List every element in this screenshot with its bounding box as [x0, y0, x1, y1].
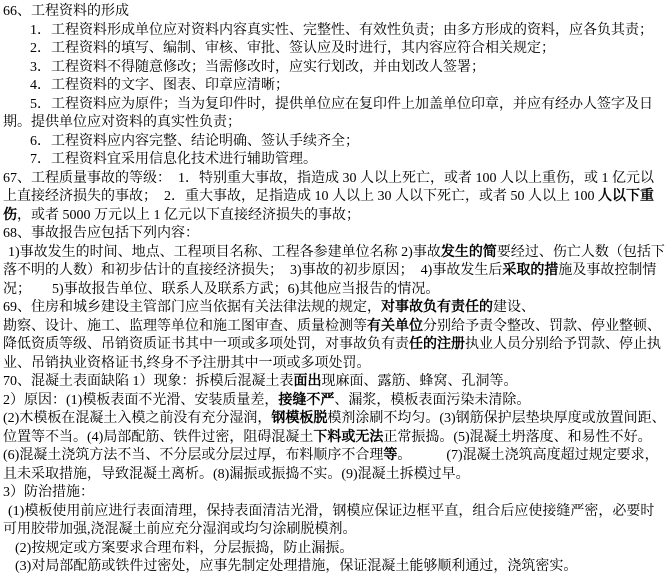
text-run: 67、工程质量事故的等级： 1．特别重大事故，指造成 30 人以上死亡，或者 1…	[3, 171, 654, 205]
paragraph: 3）防治措施：	[3, 484, 667, 503]
paragraph: 1．工程资料形成单位应对资料内容真实性、完整性、有效性负责；由多方形成的资料，应…	[3, 22, 667, 41]
text-run: 勘察、设计、施工、监理等单位和施工图审查、质量检测等	[3, 319, 367, 334]
bold-text-run: 有关单位	[367, 319, 423, 334]
text-run: 6．工程资料应内容完整、结论明确、签认手续齐全；	[30, 134, 359, 149]
text-run: 2．工程资料的填写、编制、审核、审批、签认应及时进行，其内容应符合相关规定；	[30, 41, 555, 56]
paragraph: 2．工程资料的填写、编制、审核、审批、签认应及时进行，其内容应符合相关规定；	[3, 40, 667, 59]
paragraph: 1)事故发生的时间、地点、工程项目名称、工程各参建单位名称 2)事故发生的简要经…	[3, 244, 667, 300]
text-run: 4．工程资料的文字、图表、印章应清晰；	[30, 78, 289, 93]
paragraph: 69、住房和城乡建设主管部门应当依据有关法律法规的规定，对事故负有责任的建设、	[3, 299, 667, 318]
paragraph: (3)对局部配筋或铁件过密处，应事先制定处理措施，保证混凝土能够顺利通过，浇筑密…	[3, 558, 667, 575]
bold-text-run: 对事故负有责任的	[381, 300, 493, 315]
text-run: 7．工程资料宜采用信息化技术进行辅助管理。	[30, 152, 317, 167]
paragraph: 6．工程资料应内容完整、结论明确、签认手续齐全；	[3, 133, 667, 152]
text-run: 69、住房和城乡建设主管部门应当依据有关法律法规的规定，	[3, 300, 381, 315]
text-run: (2)木模板在混凝土入模之前没有充分湿润，	[3, 411, 271, 426]
paragraph: (2)木模板在混凝土入模之前没有充分湿润，钢模板脱模剂涂刷不均匀。(3)钢筋保护…	[3, 410, 667, 484]
text-run: 现麻面、露筋、蜂窝、孔洞等。	[322, 374, 518, 389]
bold-text-run: 任的注册	[409, 337, 465, 352]
text-run: 3）防治措施：	[3, 485, 94, 500]
text-run: (3)对局部配筋或铁件过密处，应事先制定处理措施，保证混凝土能够顺利通过，浇筑密…	[15, 559, 577, 574]
paragraph: 5．工程资料应为原件；当为复印件时，提供单位应在复印件上加盖单位印章，并应有经办…	[3, 96, 667, 133]
bold-text-run: 采取的措	[502, 263, 558, 278]
text-run: 、漏浆，模板表面污染未清除。	[334, 393, 530, 408]
paragraph: 67、工程质量事故的等级： 1．特别重大事故，指造成 30 人以上死亡，或者 1…	[3, 170, 667, 226]
paragraph: 2）原因：(1)模板表面不光滑、安装质量差，接缝不严、漏浆，模板表面污染未清除。	[3, 392, 667, 411]
paragraph: 4．工程资料的文字、图表、印章应清晰；	[3, 77, 667, 96]
paragraph: 68、事故报告应包括下列内容：	[3, 225, 667, 244]
document-page: 66、工程资料的形成1．工程资料形成单位应对资料内容真实性、完整性、有效性负责；…	[0, 0, 668, 575]
bold-text-run: 接缝不严	[278, 393, 334, 408]
paragraph: (1)模板使用前应进行表面清理，保持表面清洁光滑，钢模应保证边框平直，组合后应使…	[3, 503, 667, 540]
paragraph: 3．工程资料不得随意修改；当需修改时，应实行划改，并由划改人签署；	[3, 59, 667, 78]
paragraph: 7．工程资料宜采用信息化技术进行辅助管理。	[3, 151, 667, 170]
text-run: (1)模板使用前应进行表面清理，保持表面清洁光滑，钢模应保证边框平直，组合后应使…	[3, 504, 654, 538]
text-run: 66、工程资料的形成	[3, 4, 129, 19]
paragraph: (2)按规定或方案要求合理布料，分层振捣，防止漏振。	[3, 540, 667, 559]
bold-text-run: 发生的简	[441, 245, 497, 260]
text-run: 5．工程资料应为原件；当为复印件时，提供单位应在复印件上加盖单位印章，并应有经办…	[3, 97, 653, 131]
paragraph: 70、混凝土表面缺陷 1）现象：拆模后混凝土表面出现麻面、露筋、蜂窝、孔洞等。	[3, 373, 667, 392]
bold-text-run: 下料或无法	[313, 430, 383, 445]
bold-text-run: 面出	[294, 374, 322, 389]
bold-text-run: 钢模板脱	[271, 411, 327, 426]
text-run: 2）原因：(1)模板表面不光滑、安装质量差，	[3, 393, 278, 408]
bold-text-run: 等	[383, 448, 397, 463]
text-run: 68、事故报告应包括下列内容：	[3, 226, 199, 241]
paragraph: 66、工程资料的形成	[3, 3, 667, 22]
text-run: 建设、	[493, 300, 535, 315]
text-run: 3．工程资料不得随意修改；当需修改时，应实行划改，并由划改人签署；	[30, 60, 485, 75]
text-run: ，或者 5000 万元以上 1 亿元以下直接经济损失的事故；	[17, 208, 360, 223]
text-run: 1)事故发生的时间、地点、工程项目名称、工程各参建单位名称 2)事故	[8, 245, 441, 260]
text-run: 70、混凝土表面缺陷 1）现象：拆模后混凝土表	[3, 374, 294, 389]
paragraph: 勘察、设计、施工、监理等单位和施工图审查、质量检测等有关单位分别给予责令整改、罚…	[3, 318, 667, 374]
text-run: 1．工程资料形成单位应对资料内容真实性、完整性、有效性负责；由多方形成的资料，应…	[30, 23, 653, 38]
document-body: 66、工程资料的形成1．工程资料形成单位应对资料内容真实性、完整性、有效性负责；…	[3, 3, 667, 575]
text-run: (2)按规定或方案要求合理布料，分层振捣，防止漏振。	[15, 541, 353, 556]
